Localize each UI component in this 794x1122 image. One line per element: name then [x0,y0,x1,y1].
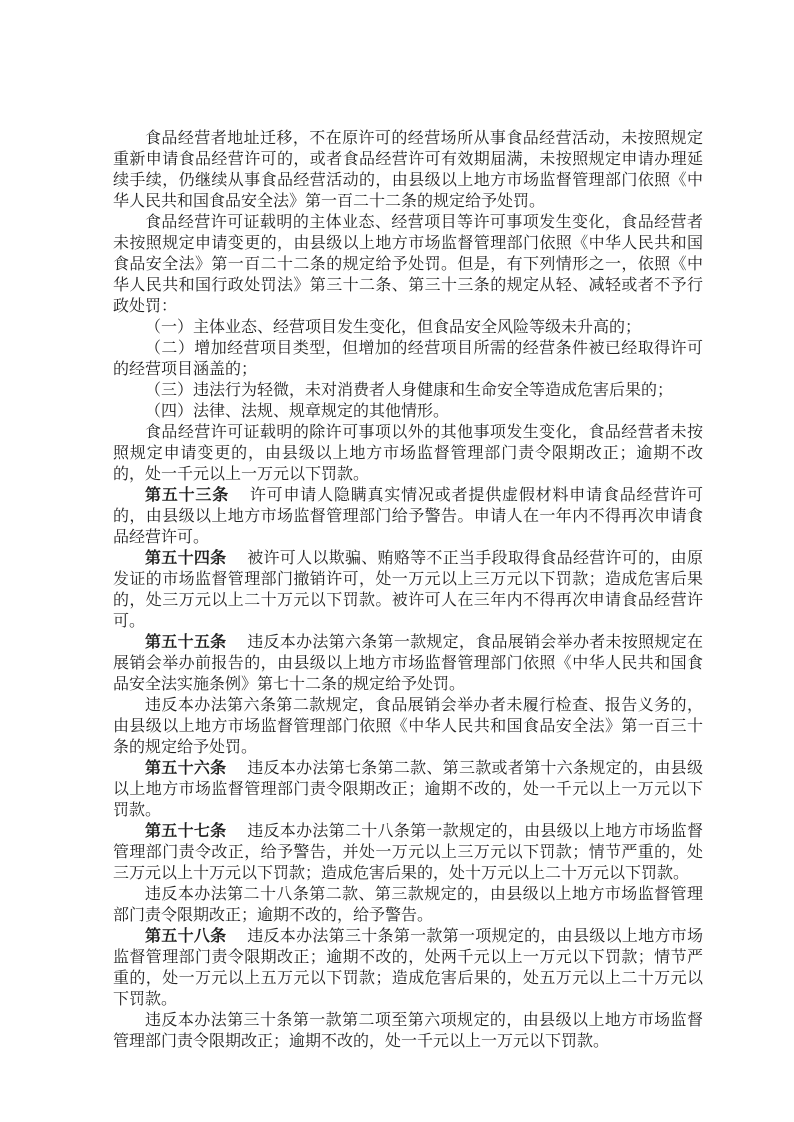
article-number: 第五十四条 [145,550,226,567]
article-paragraph: 第五十七条违反本办法第二十八条第一款规定的，由县级以上地方市场监督管理部门责令改… [113,821,703,884]
paragraph-text: （一）主体业态、经营项目发生变化，但食品安全风险等级未升高的； [145,319,641,336]
body-paragraph: 食品经营许可证载明的除许可事项以外的其他事项发生变化，食品经营者未按照规定申请变… [113,422,703,485]
article-number: 第五十三条 [145,487,229,504]
article-number: 第五十七条 [145,823,226,840]
article-paragraph: 第五十八条违反本办法第三十条第一款第一项规定的，由县级以上地方市场监督管理部门责… [113,926,703,1010]
body-paragraph: 违反本办法第二十八条第二款、第三款规定的，由县级以上地方市场监督管理部门责令限期… [113,884,703,926]
body-paragraph: 违反本办法第六条第二款规定，食品展销会举办者未履行检查、报告义务的，由县级以上地… [113,695,703,758]
paragraph-text: （四）法律、法规、规章规定的其他情形。 [145,403,449,420]
article-paragraph: 第五十四条被许可人以欺骗、贿赂等不正当手段取得食品经营许可的，由原发证的市场监督… [113,548,703,632]
article-number: 第五十五条 [145,634,226,651]
article-number: 第五十八条 [145,928,226,945]
body-paragraph: （三）违法行为轻微，未对消费者人身健康和生命安全等造成危害后果的； [113,380,703,401]
paragraph-text: 食品经营许可证载明的除许可事项以外的其他事项发生变化，食品经营者未按照规定申请变… [113,424,703,483]
document-body: 食品经营者地址迁移，不在原许可的经营场所从事食品经营活动，未按照规定重新申请食品… [113,128,703,1052]
paragraph-text: （三）违法行为轻微，未对消费者人身健康和生命安全等造成危害后果的； [145,382,673,399]
paragraph-text: （二）增加经营项目类型，但增加的经营项目所需的经营条件被已经取得许可的经营项目涵… [113,340,703,378]
body-paragraph: 食品经营者地址迁移，不在原许可的经营场所从事食品经营活动，未按照规定重新申请食品… [113,128,703,212]
paragraph-text: 违反本办法第二十八条第二款、第三款规定的，由县级以上地方市场监督管理部门责令限期… [113,886,703,924]
article-number: 第五十六条 [145,760,226,777]
body-paragraph: （一）主体业态、经营项目发生变化，但食品安全风险等级未升高的； [113,317,703,338]
article-paragraph: 第五十三条许可申请人隐瞒真实情况或者提供虚假材料申请食品经营许可的，由县级以上地… [113,485,703,548]
paragraph-text: 食品经营许可证载明的主体业态、经营项目等许可事项发生变化，食品经营者未按照规定申… [113,214,703,315]
article-paragraph: 第五十五条违反本办法第六条第一款规定，食品展销会举办者未按照规定在展销会举办前报… [113,632,703,695]
document-page: 食品经营者地址迁移，不在原许可的经营场所从事食品经营活动，未按照规定重新申请食品… [0,0,794,1122]
body-paragraph: （四）法律、法规、规章规定的其他情形。 [113,401,703,422]
paragraph-text: 违反本办法第六条第二款规定，食品展销会举办者未履行检查、报告义务的，由县级以上地… [113,697,703,756]
paragraph-text: 食品经营者地址迁移，不在原许可的经营场所从事食品经营活动，未按照规定重新申请食品… [113,130,703,210]
paragraph-text: 违反本办法第三十条第一款第二项至第六项规定的，由县级以上地方市场监督管理部门责令… [113,1012,703,1050]
body-paragraph: 食品经营许可证载明的主体业态、经营项目等许可事项发生变化，食品经营者未按照规定申… [113,212,703,317]
body-paragraph: 违反本办法第三十条第一款第二项至第六项规定的，由县级以上地方市场监督管理部门责令… [113,1010,703,1052]
article-paragraph: 第五十六条违反本办法第七条第二款、第三款或者第十六条规定的，由县级以上地方市场监… [113,758,703,821]
body-paragraph: （二）增加经营项目类型，但增加的经营项目所需的经营条件被已经取得许可的经营项目涵… [113,338,703,380]
